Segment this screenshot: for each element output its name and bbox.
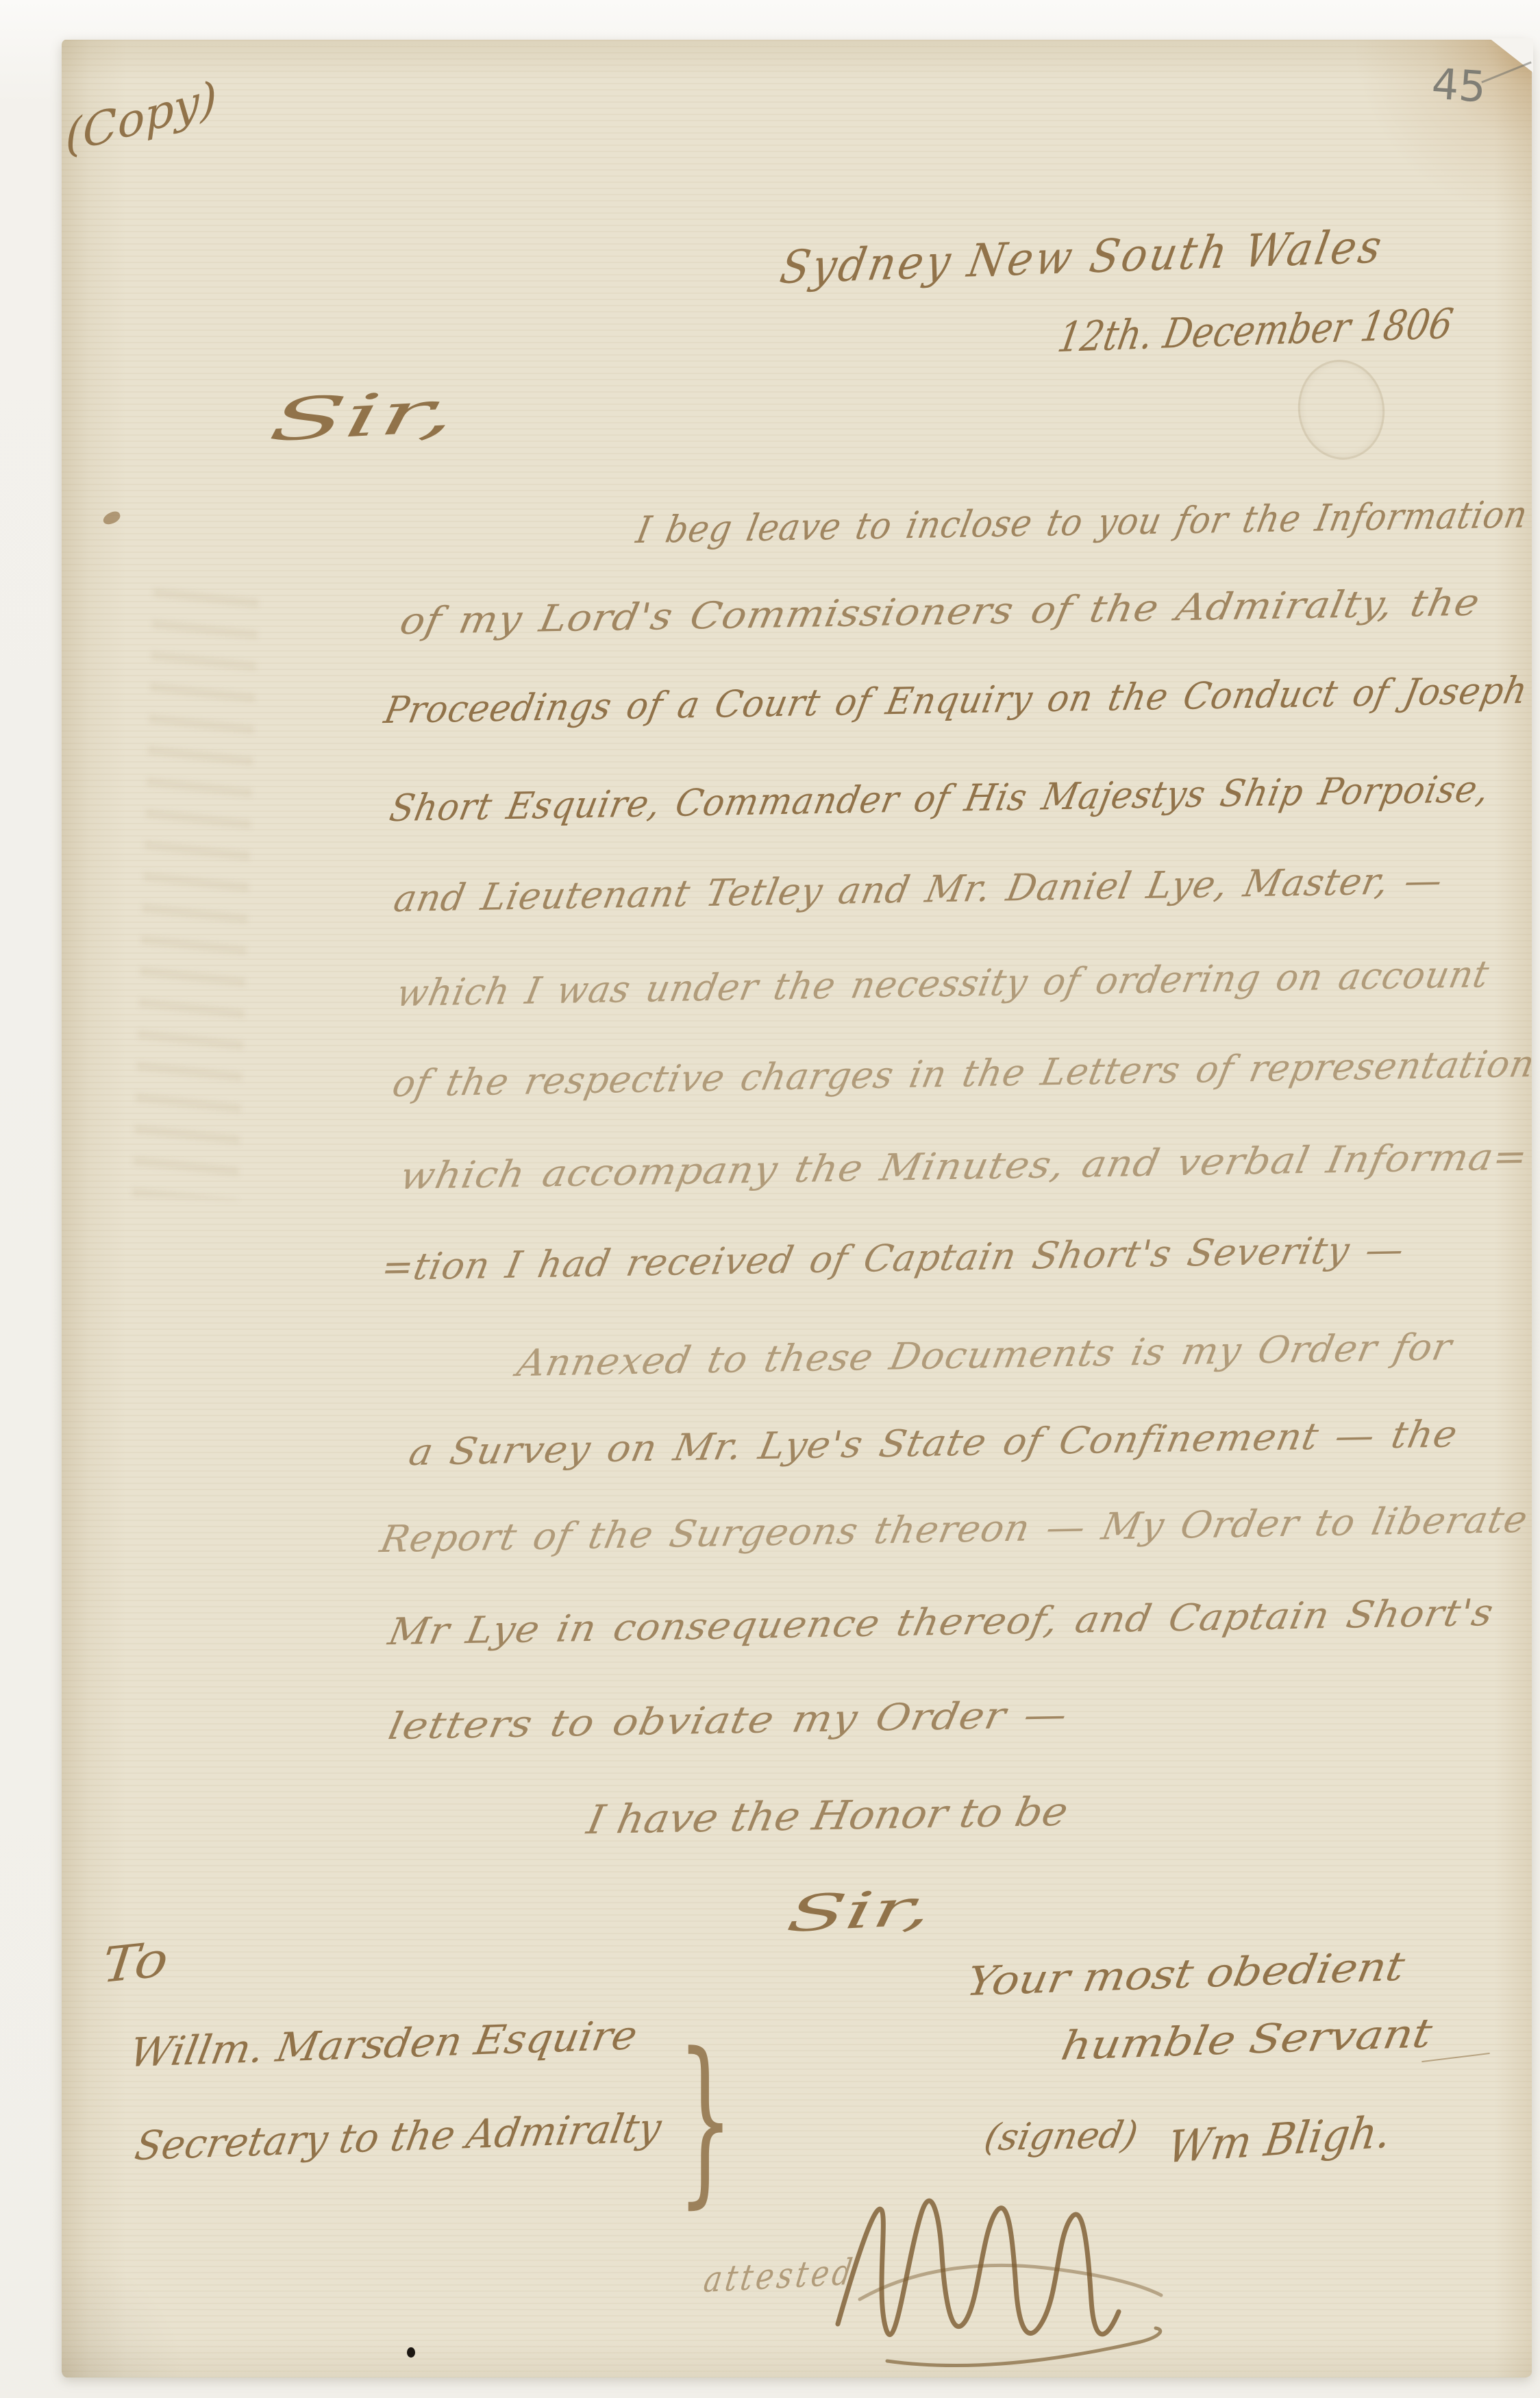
letter-line: of my Lord's Commissioners of the Admira… (397, 580, 1484, 643)
addressee-title: Secretary to the Admiralty (132, 2104, 665, 2169)
closing-signature-name: Wm Bligh. (1165, 2107, 1394, 2174)
letter-line: Proceedings of a Court of Enquiry on the… (381, 669, 1532, 732)
letter-line: letters to obviate my Order — (385, 1693, 1071, 1748)
letter-line: =tion I had received of Captain Short's … (378, 1228, 1408, 1289)
copy-annotation: (Copy) (64, 72, 219, 164)
embossed-seal (1291, 354, 1391, 465)
ink-blot (101, 510, 122, 526)
pen-flourish (1421, 2053, 1489, 2062)
letter-line: Mr Lye in consequence thereof, and Capta… (385, 1591, 1498, 1653)
closing-signed-label: (signed) (981, 2113, 1141, 2159)
letter-line: Annexed to these Documents is my Order f… (514, 1325, 1456, 1385)
scan-background: (Copy) 45 Sydney New South Wales 12th. D… (0, 0, 1540, 2398)
closing-humble-servant: humble Servant (1058, 2010, 1436, 2069)
closing-sir: Sir, (783, 1878, 936, 1944)
letter-line: I beg leave to inclose to you for the In… (633, 493, 1532, 552)
letter-line: Short Esquire, Commander of His Majestys… (386, 767, 1493, 830)
place-line: Sydney New South Wales (776, 220, 1388, 294)
date-line: 12th. December 1806 (1054, 300, 1456, 362)
addressee-name: Willm. Marsden Esquire (126, 2012, 641, 2076)
pencil-flick-mark (1481, 61, 1531, 83)
addressee-brace: } (678, 2016, 734, 2225)
letter-line: Report of the Surgeons thereon — My Orde… (377, 1498, 1532, 1561)
letter-line: which I was under the necessity of order… (393, 952, 1493, 1015)
closing-honor-line: I have the Honor to be (583, 1788, 1071, 1843)
bligh-signature-flourish (819, 2165, 1189, 2371)
ink-dot (407, 2347, 415, 2358)
letter-line: of the respective charges in the Letters… (389, 1042, 1539, 1105)
letter-line: and Lieutenant Tetley and Mr. Daniel Lye… (390, 858, 1447, 920)
salutation: Sir, (265, 377, 460, 454)
addressee-to: To (100, 1930, 171, 1994)
letter-line: a Survey on Mr. Lye's State of Confineme… (406, 1412, 1461, 1474)
ink-showthrough (132, 588, 260, 1201)
closing-obedient: Your most obedient (963, 1943, 1408, 2005)
folio-number: 45 (1430, 58, 1488, 112)
letter-line: which accompany the Minutes, and verbal … (397, 1135, 1532, 1198)
letter-content: (Copy) 45 Sydney New South Wales 12th. D… (0, 0, 1540, 2398)
